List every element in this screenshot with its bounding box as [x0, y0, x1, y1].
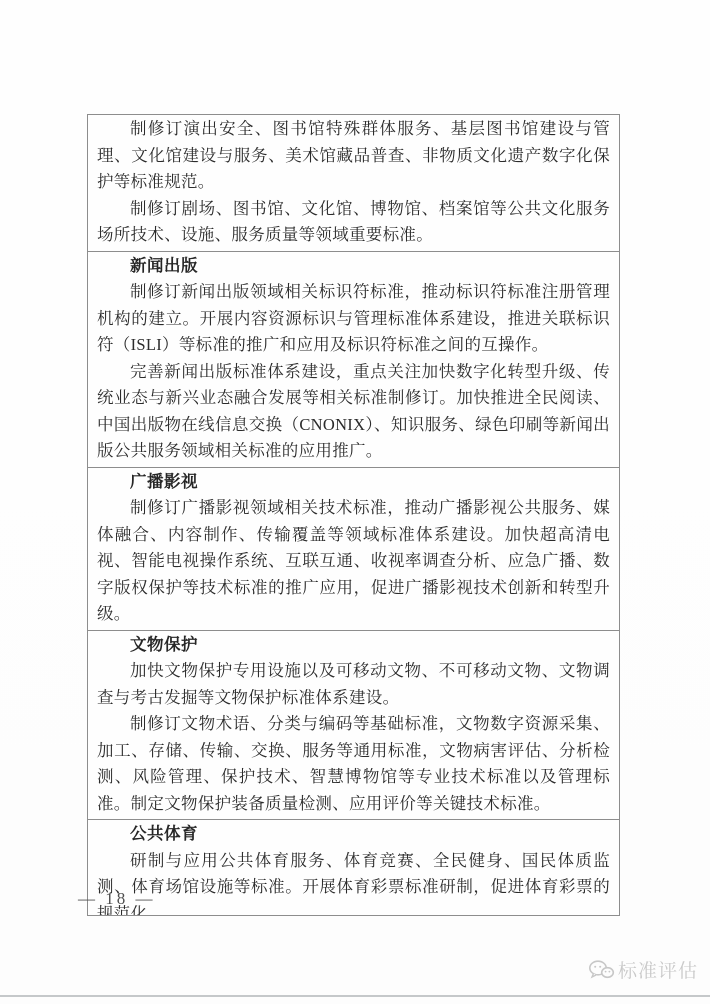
watermark-label: 标准评估	[618, 956, 698, 983]
section-public-culture-continued: 制修订演出安全、图书馆特殊群体服务、基层图书馆建设与管理、文化馆建设与服务、美术…	[88, 115, 619, 251]
section-press-publication: 新闻出版 制修订新闻出版领域相关标识符标准，推动标识符标准注册管理机构的建立。开…	[88, 251, 619, 467]
watermark: 标准评估	[588, 956, 698, 983]
paragraph: 制修订广播影视领域相关技术标准，推动广播影视公共服务、媒体融合、内容制作、传输覆…	[97, 495, 610, 628]
bottom-divider	[0, 995, 710, 997]
paragraph: 制修订新闻出版领域相关标识符标准，推动标识符标准注册管理机构的建立。开展内容资源…	[97, 279, 610, 359]
standards-table: 制修订演出安全、图书馆特殊群体服务、基层图书馆建设与管理、文化馆建设与服务、美术…	[87, 114, 620, 916]
section-heading: 新闻出版	[97, 253, 610, 280]
paragraph: 加快文物保护专用设施以及可移动文物、不可移动文物、文物调查与考古发掘等文物保护标…	[97, 658, 610, 711]
paragraph: 研制与应用公共体育服务、体育竞赛、全民健身、国民体质监测、体育场馆设施等标准。开…	[97, 848, 610, 916]
section-radio-film-tv: 广播影视 制修订广播影视领域相关技术标准，推动广播影视公共服务、媒体融合、内容制…	[88, 467, 619, 630]
wechat-icon	[588, 959, 615, 981]
section-cultural-relics-protection: 文物保护 加快文物保护专用设施以及可移动文物、不可移动文物、文物调查与考古发掘等…	[88, 630, 619, 820]
paragraph: 完善新闻出版标准体系建设，重点关注加快数字化转型升级、传统业态与新兴业态融合发展…	[97, 359, 610, 465]
paragraph: 制修订文物术语、分类与编码等基础标准，文物数字资源采集、加工、存储、传输、交换、…	[97, 711, 610, 817]
page-number: — 18 —	[78, 889, 156, 909]
section-heading: 文物保护	[97, 632, 610, 659]
section-heading: 广播影视	[97, 469, 610, 496]
paragraph: 制修订剧场、图书馆、文化馆、博物馆、档案馆等公共文化服务场所技术、设施、服务质量…	[97, 196, 610, 249]
paragraph: 制修订演出安全、图书馆特殊群体服务、基层图书馆建设与管理、文化馆建设与服务、美术…	[97, 116, 610, 196]
document-page: 制修订演出安全、图书馆特殊群体服务、基层图书馆建设与管理、文化馆建设与服务、美术…	[0, 0, 710, 1004]
section-heading: 公共体育	[97, 821, 610, 848]
section-public-sports: 公共体育 研制与应用公共体育服务、体育竞赛、全民健身、国民体质监测、体育场馆设施…	[88, 819, 619, 915]
